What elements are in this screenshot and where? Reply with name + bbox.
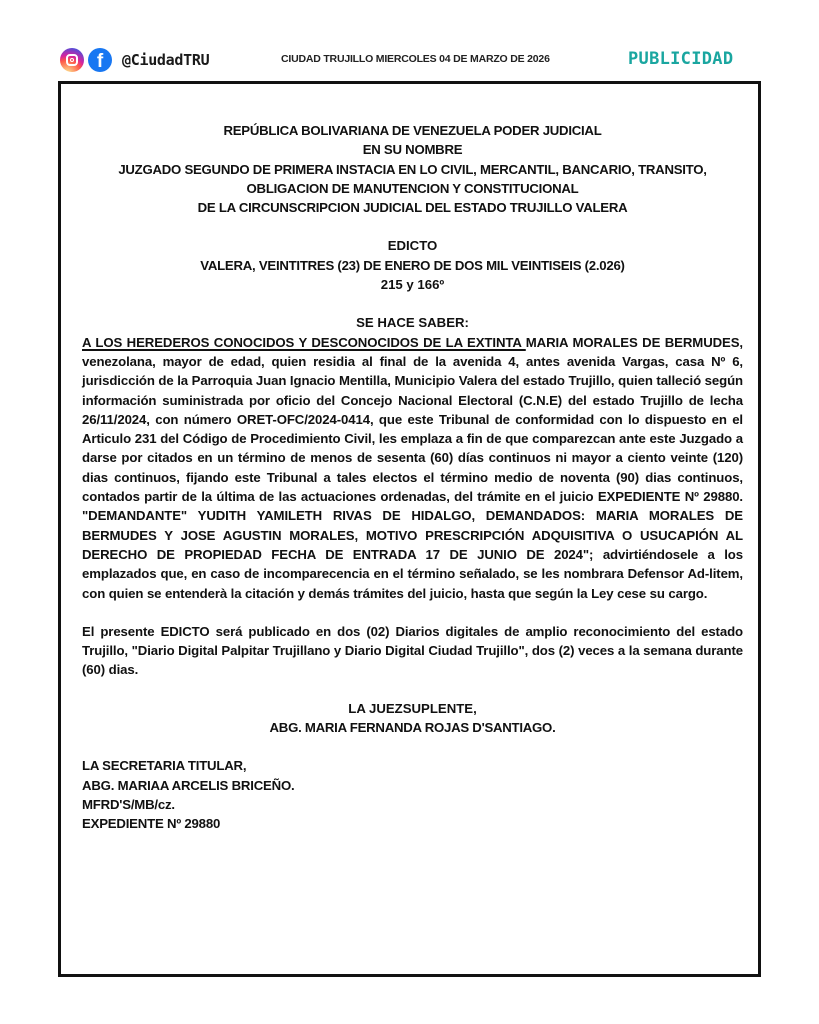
heading-line: DE LA CIRCUNSCRIPCION JUDICIAL DEL ESTAD…	[82, 198, 743, 217]
heading-line: REPÚBLICA BOLIVARIANA DE VENEZUELA PODER…	[82, 121, 743, 140]
place-date: VALERA, VEINTITRES (23) DE ENERO DE DOS …	[82, 256, 743, 275]
judge-name: ABG. MARIA FERNANDA ROJAS D'SANTIAGO.	[82, 718, 743, 737]
social-handle[interactable]: @CiudadTRU	[122, 51, 209, 69]
edict-title: EDICTO	[82, 236, 743, 255]
initials: MFRD'S/MB/cz.	[82, 795, 743, 814]
publication-notice: El presente EDICTO será publicado en dos…	[82, 622, 743, 680]
heading-line: EN SU NOMBRE	[82, 140, 743, 159]
secretary-title: LA SECRETARIA TITULAR,	[82, 756, 743, 775]
instagram-icon[interactable]	[60, 48, 84, 72]
heading-line: OBLIGACION DE MANUTENCION Y CONSTITUCION…	[82, 179, 743, 198]
dateline: CIUDAD TRUJILLO MIERCOLES 04 DE MARZO DE…	[281, 53, 550, 65]
edict-body: A LOS HEREDEROS CONOCIDOS Y DESCONOCIDOS…	[82, 333, 743, 603]
secretary-name: ABG. MARIAA ARCELIS BRICEÑO.	[82, 776, 743, 795]
heading-line: JUZGADO SEGUNDO DE PRIMERA INSTACIA EN L…	[82, 160, 743, 179]
social-links: f @CiudadTRU	[60, 48, 209, 72]
years-line: 215 y 166º	[82, 275, 743, 294]
addressee: A LOS HEREDEROS CONOCIDOS Y DESCONOCIDOS…	[82, 335, 526, 350]
notice-heading: SE HACE SABER:	[82, 313, 743, 332]
body-text: MARIA MORALES DE BERMUDES, venezolana, m…	[82, 335, 743, 601]
facebook-icon[interactable]: f	[88, 48, 112, 72]
judge-title: LA JUEZSUPLENTE,	[82, 699, 743, 718]
edict-content: REPÚBLICA BOLIVARIANA DE VENEZUELA PODER…	[82, 121, 743, 834]
section-label: PUBLICIDAD	[628, 49, 733, 69]
case-number: EXPEDIENTE Nº 29880	[82, 814, 743, 833]
publication-header: f @CiudadTRU CIUDAD TRUJILLO MIERCOLES 0…	[0, 0, 819, 82]
